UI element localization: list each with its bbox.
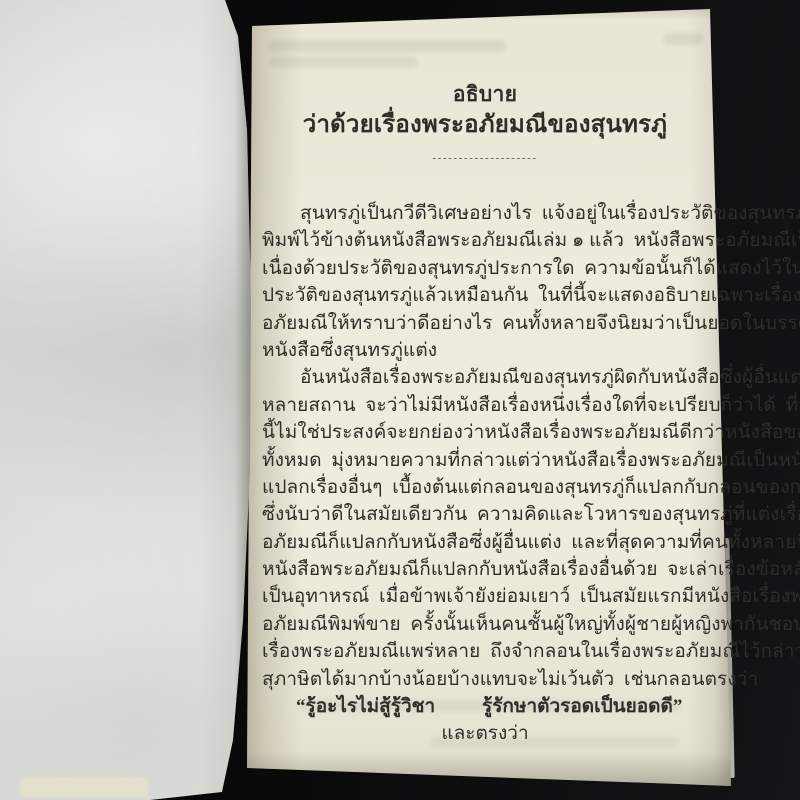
section-divider: -------------------- [262, 149, 708, 167]
text-line: เรื่องพระอภัยมณีแพร่หลาย ถึงจำกลอนในเรื่… [262, 638, 708, 665]
page-subtitle: ว่าด้วยเรื่องพระอภัยมณีของสุนทรภู่ [262, 110, 708, 140]
text-line: พิมพ์ไว้ข้างต้นหนังสือพระอภัยมณีเล่ม ๑ แ… [262, 227, 708, 254]
text-line: สุภาษิตได้มากบ้างน้อยบ้างแทบจะไม่เว้นตัว… [262, 666, 708, 693]
verse-second-hemistich: รู้รักษาตัวรอดเป็นยอดดี” [482, 693, 682, 720]
text-line: หนังสือพระอภัยมณีก็แปลกกับหนังสือเรื่องอ… [262, 556, 708, 583]
page-content: อธิบาย ว่าด้วยเรื่องพระอภัยมณีของสุนทรภู… [262, 82, 708, 748]
body-text: สุนทรภู่เป็นกวีดีวิเศษอย่างไร แจ้งอยู่ใน… [262, 200, 708, 693]
stamp-show-through [20, 777, 148, 797]
text-line: ประวัติของสุนทรภู่แล้วเหมือนกัน ในที่นี้… [262, 282, 708, 309]
show-through-streak [664, 33, 704, 45]
text-line: ทั้งหมด มุ่งหมายความที่กล่าวแต่ว่าหนังสื… [262, 447, 708, 474]
text-line: เนื่องด้วยประวัติของสุนทรภู่ประการใด ควา… [262, 255, 708, 282]
text-line: แปลกเรื่องอื่นๆ เบื้องต้นแต่กลอนของสุนทร… [262, 474, 708, 501]
page-title: อธิบาย [262, 82, 708, 106]
text-line: ซึ่งนับว่าดีในสมัยเดียวกัน ความคิดและโวห… [262, 501, 708, 528]
show-through-streak [270, 57, 418, 67]
text-line: อภัยมณีให้ทราบว่าดีอย่างไร คนทั้งหลายจึง… [262, 310, 708, 337]
text-line: เป็นอุทาหรณ์ เมื่อข้าพเจ้ายังย่อมเยาว์ เ… [262, 583, 708, 610]
text-line: สุนทรภู่เป็นกวีดีวิเศษอย่างไร แจ้งอยู่ใน… [262, 200, 708, 227]
book-photo: อธิบาย ว่าด้วยเรื่องพระอภัยมณีของสุนทรภู… [0, 0, 800, 800]
verse-line: “รู้อะไรไม่สู้รู้วิชา รู้รักษาตัวรอดเป็น… [262, 693, 708, 720]
text-line: อันหนังสือเรื่องพระอภัยมณีของสุนทรภู่ผิด… [262, 364, 708, 391]
verse-first-hemistich: “รู้อะไรไม่สู้รู้วิชา [296, 693, 482, 720]
text-line: นี้ไม่ใช่ประสงค์จะยกย่องว่าหนังสือเรื่อง… [262, 419, 708, 446]
text-line: อภัยมณีก็แปลกกับหนังสือซึ่งผู้อื่นแต่ง แ… [262, 529, 708, 556]
show-through-streak [268, 40, 506, 52]
text-line: หนังสือซึ่งสุนทรภู่แต่ง [262, 337, 708, 364]
closing-phrase: และตรงว่า [262, 720, 708, 747]
text-line: หลายสถาน จะว่าไม่มีหนังสือเรื่องหนึ่งเรื… [262, 392, 708, 419]
left-page-tissue [0, 0, 253, 800]
text-line: อภัยมณีพิมพ์ขาย ครั้งนั้นเห็นคนชั้นผู้ให… [262, 611, 708, 638]
